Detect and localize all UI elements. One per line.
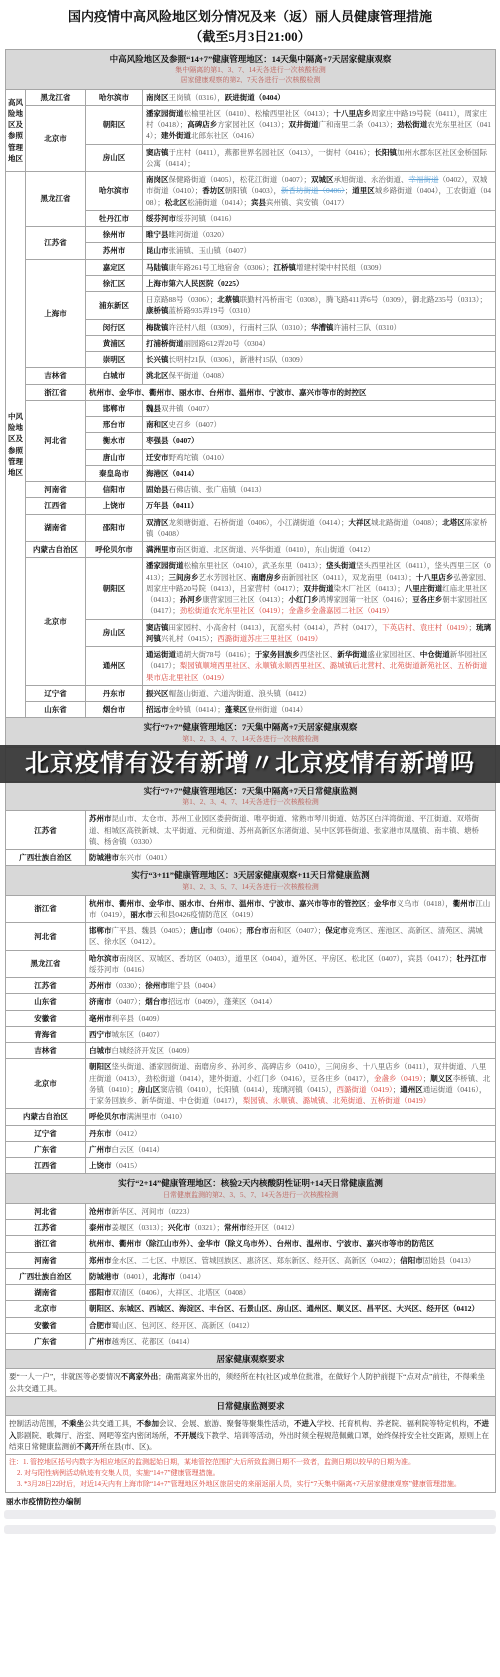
detail-text: 丽水市 xyxy=(130,910,153,919)
detail-text: 满洲里市 xyxy=(146,545,176,554)
province-cell: 黑龙江省 xyxy=(26,172,86,227)
detail-text: 劲松街道 xyxy=(397,120,427,129)
detail-text: 北塔区 xyxy=(442,518,465,527)
detail-text: 宾州镇、宾安镇（0417） xyxy=(266,198,349,207)
area-detail-cell: 潘家园街道松榆东里社区（0410），武圣东里（0413）；垡头街道垡头西里社区（… xyxy=(143,558,496,619)
province-cell: 广东省 xyxy=(6,1333,86,1349)
province-cell: 辽宁省 xyxy=(6,1125,86,1141)
detail-text: 防城港市 xyxy=(89,1272,119,1281)
city-cell: 邯郸市 xyxy=(86,400,143,416)
section-header-title: 实行“2+14”健康管理地区：核验2天内核酸阴性证明+14天日常健康监测 xyxy=(10,1177,491,1189)
city-cell: 白城市 xyxy=(86,368,143,384)
area-detail-cell: 南和区史召乡（0407） xyxy=(143,417,496,433)
detail-text: 迁安市 xyxy=(146,453,169,462)
detail-text: 于家务回族乡 xyxy=(255,650,300,659)
detail-text: 不参加 xyxy=(137,1419,160,1428)
section-header-title: 实行“3+11”健康管理地区：3天居家健康观察+11天日常健康监测 xyxy=(10,869,491,881)
detail-text: 蓝桥路935弄19号（0310） xyxy=(169,306,255,315)
province-cell: 辽宁省 xyxy=(26,685,86,701)
city-cell: 朝阳区 xyxy=(86,558,143,619)
detail-text: 唐山市 xyxy=(190,926,213,935)
province-cell: 黑龙江省 xyxy=(6,950,86,978)
table-row: 广东省广州市白云区（0414） xyxy=(6,1141,496,1157)
province-cell: 广西壮族自治区 xyxy=(6,850,86,866)
city-cell: 邢台市 xyxy=(86,417,143,433)
province-cell: 青海省 xyxy=(6,1026,86,1042)
detail-text: 丽园路612弄20号（0304） xyxy=(184,339,270,348)
city-cell: 通州区 xyxy=(86,647,143,686)
section-header-row: 日常健康监测要求 xyxy=(6,1396,496,1415)
section-header-subtitle: 第1、2、3、5、7、14天各进行一次核酸检测 xyxy=(10,882,491,892)
detail-text: 金岭镇（0414）； xyxy=(169,705,225,714)
detail-text: 通运街道 xyxy=(146,650,176,659)
detail-text: 衢州市 xyxy=(453,899,476,908)
detail-text: 邢台市 xyxy=(247,926,270,935)
area-detail-cell: 固始县石佛店镇、张广庙镇（0413） xyxy=(143,482,496,498)
section-header-title: 实行“7+7”健康管理地区：7天集中隔离+7天日常健康监测 xyxy=(10,785,491,797)
city-cell: 衡水市 xyxy=(86,433,143,449)
detail-text: 于庄村（0411），燕都世界名园社区（0413），一街村（0416）； xyxy=(169,148,375,157)
detail-text: 长明村21队（0306），新港村15队（0309） xyxy=(169,355,308,364)
table-row: 中风险地区及参照管理地区黑龙江省哈尔滨市南岗区保健路街道（0405），松花江街道… xyxy=(6,172,496,211)
detail-text: （0412） xyxy=(112,1129,142,1138)
detail-text: 邵阳市 xyxy=(89,1288,112,1297)
detail-text: 丹东市 xyxy=(89,1129,112,1138)
detail-text: 南区街道、北区街道、兴华街道（0410），东山街道（0412） xyxy=(176,545,375,554)
detail-text: 鸿博家园第一社区（0416）； xyxy=(319,595,413,604)
detail-text: 睢宁县（0404） xyxy=(168,981,221,990)
city-cell: 嘉定区 xyxy=(86,259,143,275)
detail-text: 振兴区 xyxy=(146,689,169,698)
detail-text: 小红门乡 xyxy=(289,595,319,604)
detail-text: 增建村梁中村民组（0309） xyxy=(296,263,386,272)
city-cell: 苏州市 xyxy=(86,243,143,259)
section-header-title: 居家健康观察要求 xyxy=(10,1353,491,1365)
area-detail-cell: 满洲里市南区街道、北区街道、兴华街道（0410），东山街道（0412） xyxy=(143,542,496,558)
city-cell: 丹东市 xyxy=(86,685,143,701)
detail-text: 西潞街道（0419） xyxy=(337,1085,393,1094)
detail-text: 宾县 xyxy=(251,198,266,207)
city-cell: 牡丹江市 xyxy=(86,210,143,226)
detail-text: 双井镇（0407） xyxy=(161,404,214,413)
detail-text: 朝阳镇（0403）， xyxy=(225,186,281,195)
detail-text: 登州街道（0414） xyxy=(247,705,307,714)
province-cell: 河北省 xyxy=(6,1203,86,1219)
detail-text: 北海市 xyxy=(153,1272,176,1281)
area-detail-cell: 苏州市（0330）；徐州市睢宁县（0404） xyxy=(86,978,496,994)
detail-text: 义乌市（0418）， xyxy=(397,899,453,908)
detail-text: （0407）； xyxy=(112,997,146,1006)
footer-credit: 丽水市疫情防控办编制 xyxy=(6,1496,494,1507)
requirement-paragraph-cell: 控制活动范围，不乘坐公共交通工具，不参加会议、会展、旅游、聚餐等聚集性活动，不进… xyxy=(6,1416,496,1455)
section-header-row: 实行“3+11”健康管理地区：3天居家健康观察+11天日常健康监测第1、2、3、… xyxy=(6,866,496,895)
detail-text: 枣强县（0407） xyxy=(146,436,199,445)
area-detail-cell: 杭州市、衢州市、金华市、丽水市、台州市、温州市、宁波市、嘉兴市等市的管控区；金华… xyxy=(86,895,496,923)
detail-text: 魏县 xyxy=(146,404,161,413)
city-cell: 徐州市 xyxy=(86,227,143,243)
section-header-subtitle: 第1、2、3、4、7、14天各进行一次核酸检测 xyxy=(10,734,491,744)
detail-text: 城北路街道（0408）； xyxy=(371,518,442,527)
section-header-subtitle: 日常健康监测的第2、3、5、7、14天各进行一次核酸检测 xyxy=(10,1190,491,1200)
detail-text: 郑州市 xyxy=(89,1256,112,1265)
detail-text: 建外街道 xyxy=(161,131,191,140)
detail-text: 哈尔滨市 xyxy=(89,954,119,963)
area-detail-cell: 沧州市新华区、河间市（0223） xyxy=(86,1203,496,1219)
detail-text: 江桥镇 xyxy=(274,263,297,272)
detail-text: 云和县0426疫情防范区（0419） xyxy=(153,910,258,919)
area-detail-cell: 杭州市、金华市、衢州市、丽水市、台州市、温州市、宁波市、嘉兴市等市的封控区 xyxy=(86,384,496,400)
detail-text: 绥芬河市 xyxy=(146,214,176,223)
area-detail-cell: 窦店镇于庄村（0411），燕都世界名园社区（0413），一街村（0416）；长阳… xyxy=(143,144,496,172)
table-row: 吉林省白城市白城经济开发区（0409） xyxy=(6,1043,496,1059)
table-row: 辽宁省丹东市振兴区帽盔山街道、六道沟街道、浪头镇（0412） xyxy=(6,685,496,701)
detail-text: 长阳镇 xyxy=(374,148,397,157)
detail-text: 呼伦贝尔市 xyxy=(89,1112,127,1121)
table-row: 内蒙古自治区呼伦贝尔市满洲里市（0410） xyxy=(6,1109,496,1125)
requirement-paragraph-row: 要“一人一户”，非就医等必要情况不离家外出；确需离家外出的，须经所在村(社区)或… xyxy=(6,1369,496,1397)
table-row: 上海市嘉定区马陆镇康年路261号工地宿舍（0306）；江桥镇增建村梁中村民组（0… xyxy=(6,259,496,275)
detail-text: 学校、托育机构、养老院、福利院等特定机构， xyxy=(317,1419,475,1428)
province-cell: 江苏省 xyxy=(6,978,86,994)
detail-text: 海港区（0414） xyxy=(146,469,199,478)
section-header-subtitle: 第1、2、3、4、7、14天各进行一次核酸检测 xyxy=(10,797,491,807)
province-cell: 河北省 xyxy=(6,923,86,951)
province-cell: 江苏省 xyxy=(26,227,86,260)
detail-text: 南岗区、双城区、香坊区（0403），道里区（0404），道外区、平房区、松北区（… xyxy=(119,954,457,963)
detail-text: 常州市 xyxy=(224,1223,247,1232)
detail-text: 蜀山区、包河区、经开区、高新区（0412） xyxy=(112,1321,255,1330)
detail-text: 许浦村三队（0310） xyxy=(334,323,402,332)
detail-text: 跃进街道（0404） xyxy=(225,93,285,102)
city-cell: 房山区 xyxy=(86,619,143,647)
table-row: 广东省广州市越秀区、花都区（0414） xyxy=(6,1333,496,1349)
city-cell: 邵阳市 xyxy=(86,514,143,542)
table-row: 高风险地区及参照管理地区黑龙江省哈尔滨市南岗区王岗镇（0316），跃进街道（04… xyxy=(6,89,496,105)
page-title: 国内疫情中高风险地区划分情况及来（返）丽人员健康管理措施 （截至5月3日21:0… xyxy=(14,7,486,46)
detail-text: 日京路88号（0306）； xyxy=(146,295,217,304)
province-cell: 广东省 xyxy=(6,1141,86,1157)
area-detail-cell: 打浦桥街道丽园路612弄20号（0304） xyxy=(143,335,496,351)
detail-text: 道里区 xyxy=(352,186,375,195)
province-cell: 内蒙古自治区 xyxy=(6,1109,86,1125)
detail-text: 影剧院、歌舞厅、浴室、网吧等室内密闭场所， xyxy=(17,1431,175,1440)
area-detail-cell: 海港区（0414） xyxy=(143,465,496,481)
table-row: 江苏省泰州市姜堰区（0313）；兴化市（0321）；常州市经开区（0412） xyxy=(6,1220,496,1236)
note-line: 注：1. 管控地区括号内数字为相应地区的监测起始日期，某地管控范围扩大后所致监测… xyxy=(9,1457,492,1468)
table-row: 黑龙江省哈尔滨市南岗区、双城区、香坊区（0403），道里区（0404），道外区、… xyxy=(6,950,496,978)
table-row: 江西省上饶市万年县（0411） xyxy=(6,498,496,514)
detail-text: 潘家园街道 xyxy=(146,561,184,570)
detail-text: ； xyxy=(367,899,375,908)
detail-text: 绥芬河市（0416） xyxy=(89,965,149,974)
section-header-title: 日常健康监测要求 xyxy=(10,1400,491,1412)
detail-text: 广平县、魏县（0405）； xyxy=(112,926,191,935)
area-detail-cell: 朝阳区、东城区、西城区、海淀区、丰台区、石景山区、房山区、通州区、顺义区、昌平区… xyxy=(86,1301,496,1317)
detail-text: 许泾村八组（0309），行南村三队（0310）； xyxy=(169,323,312,332)
detail-text: 西宁市 xyxy=(89,1030,112,1039)
city-cell: 徐汇区 xyxy=(86,275,143,291)
detail-text: 金水区、二七区、中原区、管城回族区、惠济区、郑东新区、经开区、高新区（0402）… xyxy=(112,1256,401,1265)
detail-text: 朝阳区 xyxy=(89,1062,112,1071)
area-detail-cell: 昆山市张浦镇、玉山镇（0407） xyxy=(143,243,496,259)
city-cell: 崇明区 xyxy=(86,352,143,368)
detail-text: 新香坊街道（0406） xyxy=(281,186,345,195)
detail-text: 越秀区、花都区（0414） xyxy=(112,1337,195,1346)
detail-text: 双清区（0406），大祥区、北塔区（0408） xyxy=(112,1288,251,1297)
city-cell: 闵行区 xyxy=(86,319,143,335)
detail-text: 通胡大街78号（0416）； xyxy=(176,650,255,659)
table-row: 江西省上饶市（0415） xyxy=(6,1158,496,1174)
table-row: 江苏省苏州市昆山市、太仓市、苏州工业园区娄葑街道、唯亭街道、常熟市琴川街道、姑苏… xyxy=(6,811,496,850)
province-cell: 江西省 xyxy=(6,1158,86,1174)
detail-text: 梨园镇、永顺镇、潞城镇、北苑街道、五桥街道（0419） xyxy=(243,1096,431,1105)
area-detail-cell: 马陆镇康年路261号工地宿舍（0306）；江桥镇增建村梁中村民组（0309） xyxy=(143,259,496,275)
detail-text: 广州市 xyxy=(89,1337,112,1346)
province-cell: 北京市 xyxy=(26,105,86,171)
detail-text: 垡头街道 xyxy=(326,561,356,570)
detail-text: 龙须塘街道、石桥街道（0406），小江湖街道（0414）； xyxy=(169,518,349,527)
detail-text: 南和区（0407）； xyxy=(269,926,325,935)
area-detail-cell: 双清区龙须塘街道、石桥街道（0406），小江湖街道（0414）；大祥区城北路街道… xyxy=(143,514,496,542)
area-detail-cell: 上饶市（0415） xyxy=(86,1158,496,1174)
detail-text: 康营家园三社区（0413）； xyxy=(202,595,288,604)
decorative-bar xyxy=(4,1510,496,1519)
detail-text: 马陆镇 xyxy=(146,263,169,272)
city-cell: 上饶市 xyxy=(86,498,143,514)
table-row: 辽宁省丹东市（0412） xyxy=(6,1125,496,1141)
area-detail-cell: 上海市第六人民医院（0225） xyxy=(143,275,496,291)
detail-text: 下英店村、袁庄村（0419） xyxy=(382,623,468,632)
area-detail-cell: 广州市越秀区、花都区（0414） xyxy=(86,1333,496,1349)
detail-text: 野鸡坨镇（0410） xyxy=(169,453,229,462)
table-row: 安徽省合肥市蜀山区、包河区、经开区、高新区（0412） xyxy=(6,1317,496,1333)
risk-group-label: 中风险地区及参照管理地区 xyxy=(6,172,26,718)
section-header-cell: 中高风险地区及参照“14+7”健康管理地区：14天集中隔离+7天居家健康观察集中… xyxy=(6,50,496,90)
detail-text: 万年县（0411） xyxy=(146,501,198,510)
detail-text: 杭州市、金华市、衢州市、丽水市、台州市、温州市、宁波市、嘉兴市等市的封控区 xyxy=(89,388,367,397)
detail-text: 松榆里社区（0410）、松榆西里社区（0413）； xyxy=(184,109,334,118)
province-cell: 安徽省 xyxy=(6,1010,86,1026)
detail-text: （0414） xyxy=(175,1272,205,1281)
detail-text: 南和区 xyxy=(146,420,169,429)
detail-text: 合肥市 xyxy=(89,1321,112,1330)
detail-text: 防城港市 xyxy=(89,853,119,862)
section-header-cell: 实行“7+7”健康管理地区：7天集中隔离+7天居家健康观察第1、2、3、4、7、… xyxy=(6,718,496,747)
detail-text: 王岗镇（0316）， xyxy=(169,93,225,102)
area-detail-cell: 通运街道通胡大街78号（0416）；于家务回族乡西垡社区、新华街道盛业家园社区、… xyxy=(143,647,496,686)
detail-text: 睢河街道（0320） xyxy=(169,230,229,239)
detail-text: 华漕镇 xyxy=(311,323,334,332)
section-header-row: 实行“7+7”健康管理地区：7天集中隔离+7天居家健康观察第1、2、3、4、7、… xyxy=(6,718,496,747)
section-header-cell: 实行“2+14”健康管理地区：核验2天内核酸阴性证明+14天日常健康监测日常健康… xyxy=(6,1174,496,1203)
detail-text: 松浦街道（0414）； xyxy=(187,198,251,207)
detail-text: 艺水芳园社区、 xyxy=(199,573,252,582)
detail-text: 承旭街道、永治街道、 xyxy=(334,175,409,184)
detail-text: 绥芬河镇（0416） xyxy=(176,214,236,223)
detail-text: 石佛店镇、张广庙镇（0413） xyxy=(169,485,267,494)
requirement-paragraph-row: 控制活动范围，不乘坐公共交通工具，不参加会议、会展、旅游、聚餐等聚集性活动，不进… xyxy=(6,1416,496,1455)
detail-text: 南新园社区（0411），双龙南里（0413）； xyxy=(281,573,416,582)
area-detail-cell: 绥芬河市绥芬河镇（0416） xyxy=(143,210,496,226)
detail-text: 洮北区 xyxy=(146,371,169,380)
detail-text: 染木厂社区（0413）； xyxy=(334,584,405,593)
table-row: 江苏省苏州市（0330）；徐州市睢宁县（0404） xyxy=(6,978,496,994)
table-row: 北京市朝阳区垡头街道、潘家园街道、南磨房乡、孙河乡、高碑店乡（0410），三间房… xyxy=(6,1059,496,1109)
area-detail-cell: 亳州市利辛县（0409） xyxy=(86,1010,496,1026)
province-cell: 黑龙江省 xyxy=(26,89,86,105)
detail-text: 保健路街道（0405），松花江街道（0407）； xyxy=(169,175,312,184)
section-header-subtitle: 集中隔离的第1、3、7、14天各进行一次核酸检测 xyxy=(10,65,491,75)
section-header-cell: 日常健康监测要求 xyxy=(6,1396,496,1415)
area-detail-cell: 济南市（0407）；烟台市招远市（0409），蓬莱区（0414） xyxy=(86,994,496,1010)
detail-text: 兴化市 xyxy=(168,1223,191,1232)
detail-text: （0401）， xyxy=(119,1272,153,1281)
detail-text: 西潞街道苏庄三里社区（0419） xyxy=(217,634,322,643)
watermark-overlay: 北京疫情有没有新增〃北京疫情有新增吗 xyxy=(0,745,500,783)
detail-text: 要“一人一户”，非就医等必要情况 xyxy=(9,1372,121,1381)
table-row: 山东省烟台市招远市金岭镇（0414）；蓬莱区登州街道（0414） xyxy=(6,702,496,718)
page-title-line1: 国内疫情中高风险地区划分情况及来（返）丽人员健康管理措施 xyxy=(14,7,486,27)
detail-text: 盛业家园社区、 xyxy=(367,650,420,659)
detail-text: 窦店镇（0410），长阳镇（0414），琉璃河镇（0415）， xyxy=(160,1085,336,1094)
detail-text: 招远市 xyxy=(146,705,169,714)
detail-text: 姜堰区（0313）； xyxy=(112,1223,168,1232)
area-detail-cell: 呼伦贝尔市满洲里市（0410） xyxy=(86,1109,496,1125)
section-header-row: 实行“7+7”健康管理地区：7天集中隔离+7天日常健康监测第1、2、3、4、7、… xyxy=(6,781,496,810)
detail-text: 金华市 xyxy=(374,899,397,908)
table-row: 吉林省白城市洮北区保平街道（0408） xyxy=(6,368,496,384)
page-title-line2: （截至5月3日21:00） xyxy=(14,27,486,47)
detail-text: 白云区（0414） xyxy=(112,1145,165,1154)
city-cell: 黄浦区 xyxy=(86,335,143,351)
table-row: 广西壮族自治区防城港市东兴市（0401） xyxy=(6,850,496,866)
area-detail-cell: 洮北区保平街道（0408） xyxy=(143,368,496,384)
detail-text: 苏州市 xyxy=(89,981,112,990)
detail-text: 窦店镇 xyxy=(146,148,169,157)
detail-text: 亳州市 xyxy=(89,1014,112,1023)
table-row: 河北省沧州市新华区、河间市（0223） xyxy=(6,1203,496,1219)
notes-cell: 注：1. 管控地区括号内数字为相应地区的监测起始日期，某地管控范围扩大后所致监测… xyxy=(6,1455,496,1493)
table-row: 河南省郑州市金水区、二七区、中原区、管城回族区、惠济区、郑东新区、经开区、高新区… xyxy=(6,1252,496,1268)
section-header-title: 实行“7+7”健康管理地区：7天集中隔离+7天居家健康观察 xyxy=(10,721,491,733)
detail-text: 公共交通工具， xyxy=(84,1419,137,1428)
detail-text: 会议、会展、旅游、聚餐等聚集性活动， xyxy=(159,1419,294,1428)
area-detail-cell: 窦店镇田家园村、小高舍村（0413），瓦窑头村（0414），芦村（0417），下… xyxy=(143,619,496,647)
city-cell: 唐山市 xyxy=(86,449,143,465)
detail-text: 烟台市 xyxy=(145,997,168,1006)
detail-text: 所在县(市、区)。 xyxy=(99,1442,157,1451)
table-row: 浙江省杭州市、衢州市（除江山市外）、金华市（除义乌市外）、台州市、温州市、宁波市… xyxy=(6,1236,496,1252)
area-detail-cell: 防城港市东兴市（0401） xyxy=(86,850,496,866)
detail-text: 梨园镇顺境西里社区、永顺镇永顺西里社区、潞城镇后北营村、北苑街道新苑社区、五桥街… xyxy=(146,661,487,681)
note-line: 2. 对与阳性病例活动轨迹有交集人员，实施“14+7”健康管理措施。 xyxy=(9,1468,492,1479)
detail-text: 沧州市 xyxy=(89,1207,112,1216)
area-detail-cell: 防城港市（0401），北海市（0414） xyxy=(86,1268,496,1284)
province-cell: 山东省 xyxy=(6,994,86,1010)
province-cell: 浙江省 xyxy=(6,895,86,923)
detail-text: 十八里店乡 xyxy=(334,109,372,118)
detail-text: 松榆东里社区（0410），武圣东里（0413）； xyxy=(184,561,327,570)
province-cell: 江西省 xyxy=(26,498,86,514)
detail-text: 利辛县（0409） xyxy=(112,1014,165,1023)
detail-text: 新华区、河间市（0223） xyxy=(112,1207,195,1216)
area-detail-cell: 长兴镇长明村21队（0306），新港村15队（0309） xyxy=(143,352,496,368)
detail-text: 金盏乡（0419） xyxy=(374,1074,423,1083)
detail-text: 北郎东社区（0416） xyxy=(191,131,259,140)
province-cell: 上海市 xyxy=(26,259,86,368)
area-detail-cell: 广州市白云区（0414） xyxy=(86,1141,496,1157)
detail-text: 新华街道 xyxy=(337,650,367,659)
section-header-row: 中高风险地区及参照“14+7”健康管理地区：14天集中隔离+7天居家健康观察集中… xyxy=(6,50,496,90)
detail-text: 泰州市 xyxy=(89,1223,112,1232)
detail-text: 不乘坐 xyxy=(62,1419,85,1428)
province-cell: 江苏省 xyxy=(6,1220,86,1236)
city-cell: 浦东新区 xyxy=(86,292,143,320)
detail-text: 幸福街道 xyxy=(409,175,439,184)
area-detail-cell: 万年县（0411） xyxy=(143,498,496,514)
detail-text: 打浦桥街道 xyxy=(146,339,184,348)
area-detail-cell: 朝阳区垡头街道、潘家园街道、南磨房乡、孙河乡、高碑店乡（0410），三间房乡、十… xyxy=(86,1059,496,1109)
detail-text: 双清区 xyxy=(146,518,169,527)
detail-text: 广州市 xyxy=(89,1145,112,1154)
detail-text: 通州区 xyxy=(400,1085,423,1094)
detail-text: 帽盔山街道、六道沟街道、浪头镇（0412） xyxy=(169,689,312,698)
page: 国内疫情中高风险地区划分情况及来（返）丽人员健康管理措施 （截至5月3日21:0… xyxy=(0,0,500,1677)
area-detail-cell: 邵阳市双清区（0406），大祥区、北塔区（0408） xyxy=(86,1285,496,1301)
detail-text: 窦店镇 xyxy=(146,623,169,632)
detail-text: 睢宁县 xyxy=(146,230,169,239)
table-row: 湖南省邵阳市双清区龙须塘街道、石桥街道（0406），小江湖街道（0414）；大祥… xyxy=(6,514,496,542)
detail-text: 不离开 xyxy=(77,1442,100,1451)
city-cell: 烟台市 xyxy=(86,702,143,718)
notes-row: 注：1. 管控地区括号内数字为相应地区的监测起始日期，某地管控范围扩大后所致监测… xyxy=(6,1455,496,1493)
province-cell: 山东省 xyxy=(26,702,86,718)
province-cell: 湖南省 xyxy=(6,1285,86,1301)
area-detail-cell: 枣强县（0407） xyxy=(143,433,496,449)
detail-text: 白城市 xyxy=(89,1046,112,1055)
detail-text: 苏州市 xyxy=(89,814,112,823)
detail-text: 八里庄街道 xyxy=(405,584,443,593)
area-detail-cell: 魏县双井镇（0407） xyxy=(143,400,496,416)
province-cell: 安徽省 xyxy=(6,1317,86,1333)
detail-text: （0415） xyxy=(112,1161,142,1170)
area-detail-cell: 潘家园街道松榆里社区（0410）、松榆西里社区（0413）；十八里店乡周家庄中路… xyxy=(143,105,496,144)
note-line: 3. *3月28日22时后，对近14天内有上海市除“14+7”管理地区外地区旅居… xyxy=(9,1479,492,1490)
detail-text: 房山区 xyxy=(138,1085,161,1094)
detail-text: 香坊区 xyxy=(202,186,225,195)
area-detail-cell: 郑州市金水区、二七区、中原区、管城回族区、惠济区、郑东新区、经开区、高新区（04… xyxy=(86,1252,496,1268)
detail-text: 方家园社区（0413）； xyxy=(217,120,288,129)
table-row: 河北省邯郸市魏县双井镇（0407） xyxy=(6,400,496,416)
table-row: 山东省济南市（0407）；烟台市招远市（0409），蓬莱区（0414） xyxy=(6,994,496,1010)
detail-text: 昆山市 xyxy=(146,246,169,255)
detail-text: 劲松街道农光东里社区（0419）；金盏乡金盏嘉园二社区（0419） xyxy=(180,606,394,615)
area-detail-cell: 杭州市、衢州市（除江山市外）、金华市（除义乌市外）、台州市、温州市、宁波市、嘉兴… xyxy=(86,1236,496,1252)
city-cell: 朝阳区 xyxy=(86,105,143,144)
detail-text: （0321）； xyxy=(190,1223,224,1232)
detail-text: 招远市（0409），蓬莱区（0414） xyxy=(168,997,277,1006)
requirement-paragraph-cell: 要“一人一户”，非就医等必要情况不离家外出；确需离家外出的，须经所在村(社区)或… xyxy=(6,1369,496,1397)
area-detail-cell: 苏州市昆山市、太仓市、苏州工业园区娄葑街道、唯亭街道、常熟市琴川街道、姑苏区白洋… xyxy=(86,811,496,850)
detail-text: 杭州市、衢州市、金华市、丽水市、台州市、温州市、宁波市、嘉兴市等市的管控区 xyxy=(89,899,367,908)
city-cell: 秦皇岛市 xyxy=(86,465,143,481)
section-header-row: 实行“2+14”健康管理地区：核验2天内核酸阴性证明+14天日常健康监测日常健康… xyxy=(6,1174,496,1203)
table-row: 河南省信阳市固始县石佛店镇、张广庙镇（0413） xyxy=(6,482,496,498)
detail-text: 朝阳区、东城区、西城区、海淀区、丰台区、石景山区、房山区、通州区、顺义区、昌平区… xyxy=(89,1304,479,1313)
province-cell: 北京市 xyxy=(6,1301,86,1317)
detail-text: 北蔡镇 xyxy=(217,295,240,304)
detail-text: 保平街道（0408） xyxy=(169,371,229,380)
